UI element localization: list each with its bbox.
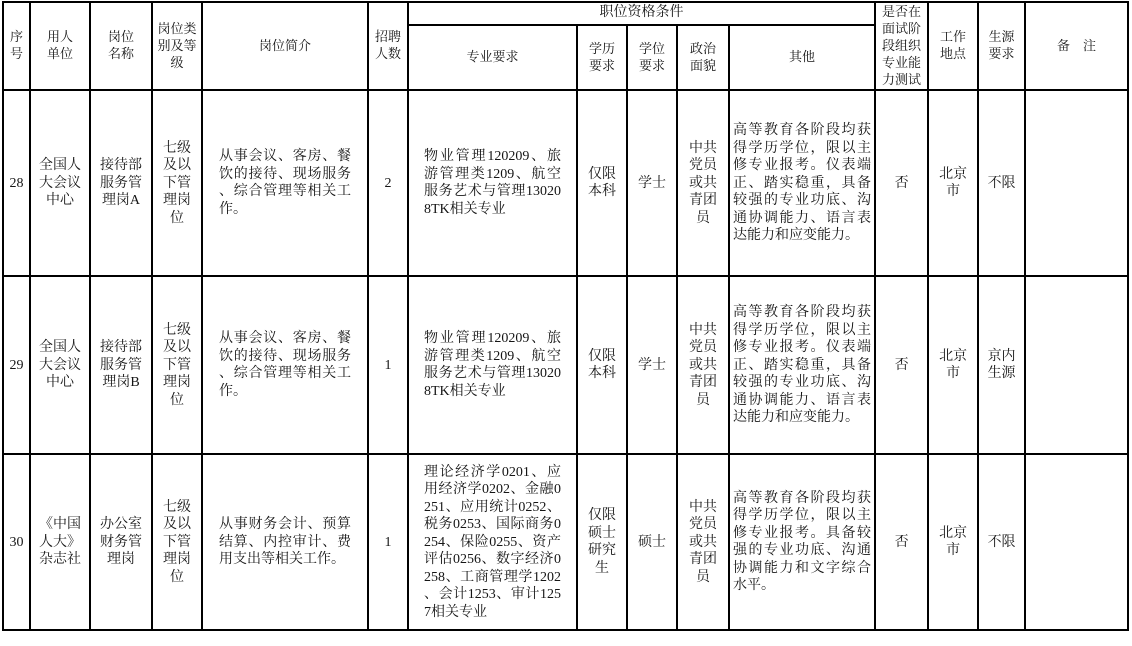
table-header: 序 号 用人 单位 岗位 名称 岗位类 别及等 级 岗位简介 招聘 人数 职位资… [3, 2, 1128, 90]
cell-degree: 学士 [627, 90, 677, 276]
cell-education: 仅限硕士研究生 [577, 454, 627, 630]
col-header-political: 政治 面貌 [677, 25, 729, 91]
cell-other: 高等教育各阶段均获得学历学位，限以主修专业报考。仪表端正、踏实稳重，具备较强的专… [729, 90, 875, 276]
cell-origin: 不限 [978, 454, 1025, 630]
col-header-degree: 学位 要求 [627, 25, 677, 91]
cell-education: 仅限本科 [577, 276, 627, 454]
col-header-major: 专业要求 [408, 25, 577, 91]
col-header-employer: 用人 单位 [30, 2, 90, 90]
cell-political: 中共党员或共青团员 [677, 276, 729, 454]
cell-headcount: 2 [368, 90, 408, 276]
recruitment-position-table: 序 号 用人 单位 岗位 名称 岗位类 别及等 级 岗位简介 招聘 人数 职位资… [2, 1, 1129, 631]
cell-post-category: 七级及以下管理岗位 [152, 454, 202, 630]
cell-political: 中共党员或共青团员 [677, 90, 729, 276]
cell-other: 高等教育各阶段均获得学历学位，限以主修专业报考。具备较强的专业功底、沟通协调能力… [729, 454, 875, 630]
col-header-index: 序 号 [3, 2, 30, 90]
col-header-interview-test: 是否在 面试阶 段组织 专业能 力测试 [875, 2, 928, 90]
col-header-location: 工作 地点 [928, 2, 978, 90]
cell-index: 29 [3, 276, 30, 454]
cell-origin: 不限 [978, 90, 1025, 276]
table-row: 30 《中国人大》杂志社 办公室财务管理岗 七级及以下管理岗位 从事财务会计、预… [3, 454, 1128, 630]
cell-post-name: 接待部服务管理岗B [90, 276, 152, 454]
cell-index: 28 [3, 90, 30, 276]
cell-post-name: 接待部服务管理岗A [90, 90, 152, 276]
cell-location: 北京市 [928, 90, 978, 276]
cell-education: 仅限本科 [577, 90, 627, 276]
col-header-headcount: 招聘 人数 [368, 2, 408, 90]
cell-employer: 全国人大会议中心 [30, 276, 90, 454]
col-header-education: 学历 要求 [577, 25, 627, 91]
cell-major: 理论经济学0201、应用经济学0202、金融0251、应用统计0252、税务02… [408, 454, 577, 630]
cell-headcount: 1 [368, 454, 408, 630]
cell-post-intro: 从事会议、客房、餐饮的接待、现场服务、综合管理等相关工作。 [202, 90, 368, 276]
cell-major: 物业管理120209、旅游管理类1209、航空服务艺术与管理130208TK相关… [408, 276, 577, 454]
cell-degree: 学士 [627, 276, 677, 454]
cell-location: 北京市 [928, 276, 978, 454]
cell-major: 物业管理120209、旅游管理类1209、航空服务艺术与管理130208TK相关… [408, 90, 577, 276]
col-header-post-intro: 岗位简介 [202, 2, 368, 90]
cell-remark [1025, 454, 1128, 630]
cell-employer: 全国人大会议中心 [30, 90, 90, 276]
cell-index: 30 [3, 454, 30, 630]
cell-headcount: 1 [368, 276, 408, 454]
col-header-qualification-group: 职位资格条件 [408, 2, 875, 25]
cell-post-intro: 从事财务会计、预算结算、内控审计、费用支出等相关工作。 [202, 454, 368, 630]
table-body: 28 全国人大会议中心 接待部服务管理岗A 七级及以下管理岗位 从事会议、客房、… [3, 90, 1128, 630]
table-row: 28 全国人大会议中心 接待部服务管理岗A 七级及以下管理岗位 从事会议、客房、… [3, 90, 1128, 276]
header-row-group: 序 号 用人 单位 岗位 名称 岗位类 别及等 级 岗位简介 招聘 人数 职位资… [3, 2, 1128, 25]
cell-other: 高等教育各阶段均获得学历学位，限以主修专业报考。仪表端正、踏实稳重，具备较强的专… [729, 276, 875, 454]
cell-location: 北京市 [928, 454, 978, 630]
cell-post-category: 七级及以下管理岗位 [152, 276, 202, 454]
cell-post-category: 七级及以下管理岗位 [152, 90, 202, 276]
col-header-other: 其他 [729, 25, 875, 91]
cell-origin: 京内生源 [978, 276, 1025, 454]
cell-interview-test: 否 [875, 276, 928, 454]
table-row: 29 全国人大会议中心 接待部服务管理岗B 七级及以下管理岗位 从事会议、客房、… [3, 276, 1128, 454]
col-header-remark: 备 注 [1025, 2, 1128, 90]
cell-interview-test: 否 [875, 454, 928, 630]
cell-interview-test: 否 [875, 90, 928, 276]
cell-remark [1025, 276, 1128, 454]
cell-employer: 《中国人大》杂志社 [30, 454, 90, 630]
col-header-post-category: 岗位类 别及等 级 [152, 2, 202, 90]
cell-political: 中共党员或共青团员 [677, 454, 729, 630]
cell-degree: 硕士 [627, 454, 677, 630]
cell-remark [1025, 90, 1128, 276]
col-header-origin: 生源 要求 [978, 2, 1025, 90]
cell-post-intro: 从事会议、客房、餐饮的接待、现场服务、综合管理等相关工作。 [202, 276, 368, 454]
cell-post-name: 办公室财务管理岗 [90, 454, 152, 630]
col-header-post-name: 岗位 名称 [90, 2, 152, 90]
